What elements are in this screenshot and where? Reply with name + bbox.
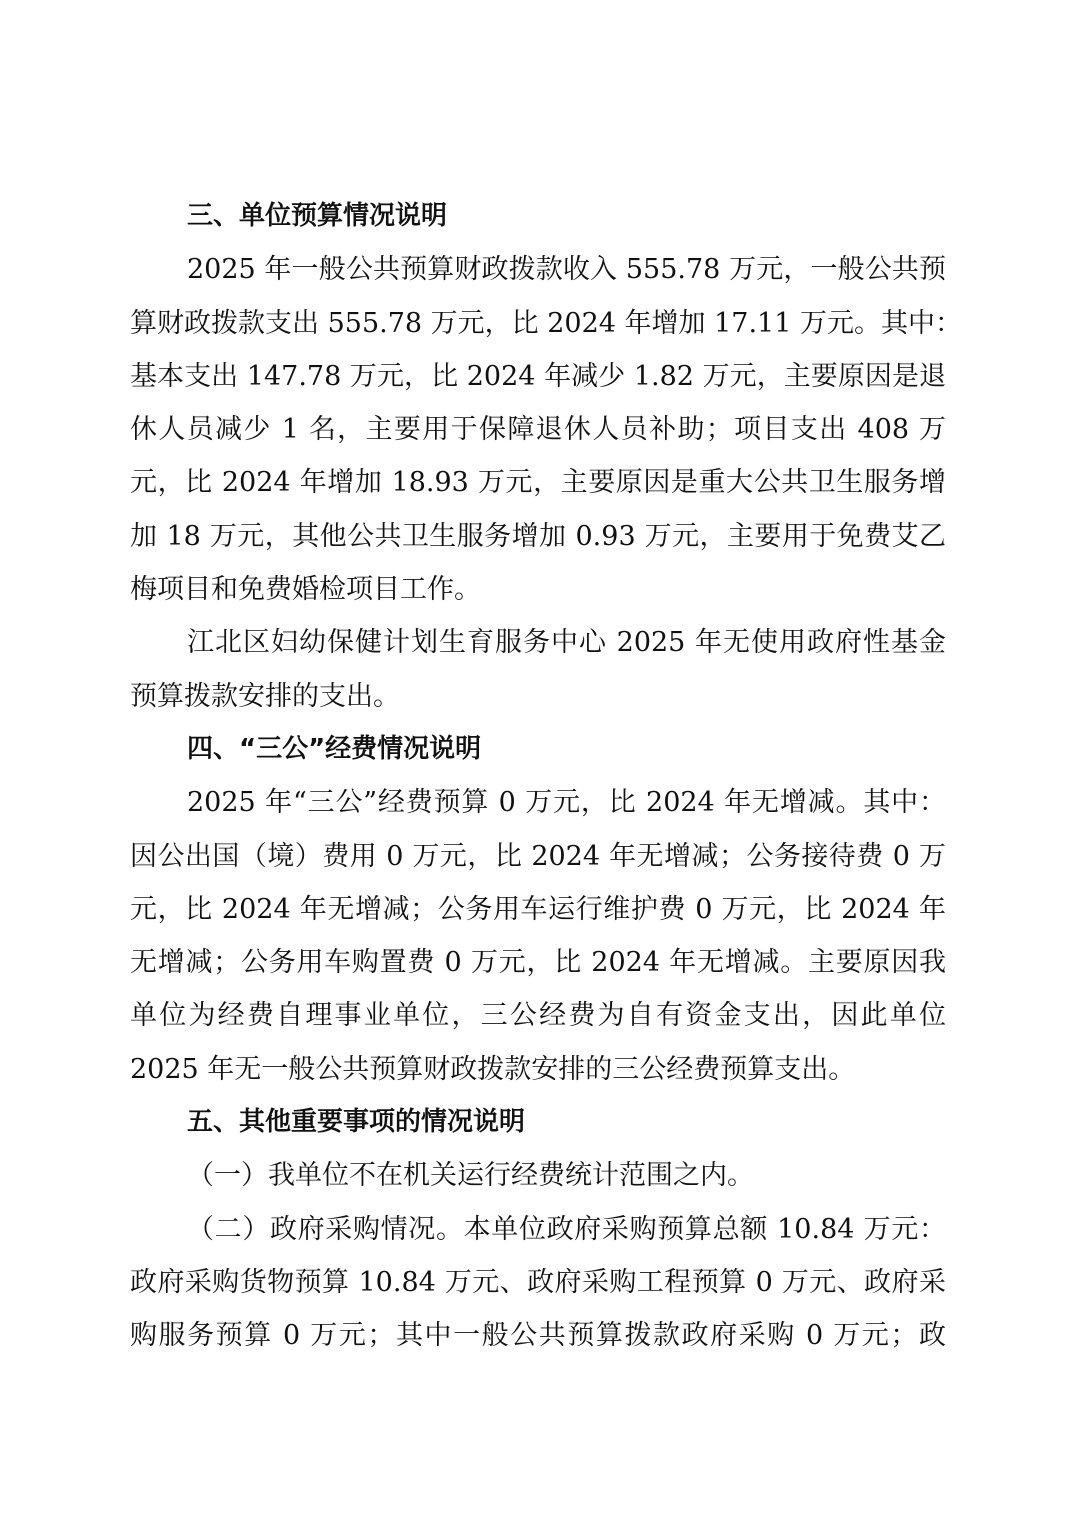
paragraph-gov-fund: 江北区妇幼保健计划生育服务中心 2025 年无使用政府性基金 预算拨款安排的支出… xyxy=(130,616,946,723)
section-heading-budget: 三、单位预算情况说明 xyxy=(130,190,946,243)
text-line: 江北区妇幼保健计划生育服务中心 2025 年无使用政府性基金 xyxy=(130,616,946,669)
text-line: 2025 年无一般公共预算财政拨款安排的三公经费预算支出。 xyxy=(130,1043,946,1096)
text-line: 政府采购货物预算 10.84 万元、政府采购工程预算 0 万元、政府采 xyxy=(130,1256,946,1309)
text-line: 因公出国（境）费用 0 万元，比 2024 年无增减；公务接待费 0 万 xyxy=(130,830,946,883)
text-line: 加 18 万元，其他公共卫生服务增加 0.93 万元，主要用于免费艾乙 xyxy=(130,510,946,563)
text-line: 元，比 2024 年增加 18.93 万元，主要原因是重大公共卫生服务增 xyxy=(130,456,946,509)
text-line: 算财政拨款支出 555.78 万元，比 2024 年增加 17.11 万元。其中… xyxy=(130,297,946,350)
text-line: 基本支出 147.78 万元，比 2024 年减少 1.82 万元，主要原因是退 xyxy=(130,350,946,403)
text-line: 2025 年一般公共预算财政拨款收入 555.78 万元，一般公共预 xyxy=(130,243,946,296)
text-line: （一）我单位不在机关运行经费统计范围之内。 xyxy=(130,1149,946,1202)
paragraph-gov-procurement: （二）政府采购情况。本单位政府采购预算总额 10.84 万元： 政府采购货物预算… xyxy=(130,1203,946,1363)
section-heading-other-matters: 五、其他重要事项的情况说明 xyxy=(130,1096,946,1149)
text-line: 2025 年“三公”经费预算 0 万元，比 2024 年无增减。其中： xyxy=(130,776,946,829)
text-line: 无增减；公务用车购置费 0 万元，比 2024 年无增减。主要原因我 xyxy=(130,936,946,989)
text-line: 单位为经费自理事业单位，三公经费为自有资金支出，因此单位 xyxy=(130,989,946,1042)
paragraph-budget-summary: 2025 年一般公共预算财政拨款收入 555.78 万元，一般公共预 算财政拨款… xyxy=(130,243,946,616)
section-heading-three-public: 四、“三公”经费情况说明 xyxy=(130,723,946,776)
text-line: 梅项目和免费婚检项目工作。 xyxy=(130,563,946,616)
text-line: 元，比 2024 年无增减；公务用车运行维护费 0 万元，比 2024 年 xyxy=(130,883,946,936)
text-line: 购服务预算 0 万元；其中一般公共预算拨款政府采购 0 万元；政 xyxy=(130,1309,946,1362)
document-page: 三、单位预算情况说明 2025 年一般公共预算财政拨款收入 555.78 万元，… xyxy=(130,190,946,1363)
text-line: 休人员减少 1 名，主要用于保障退休人员补助；项目支出 408 万 xyxy=(130,403,946,456)
text-line: （二）政府采购情况。本单位政府采购预算总额 10.84 万元： xyxy=(130,1203,946,1256)
text-line: 预算拨款安排的支出。 xyxy=(130,670,946,723)
paragraph-operating-expenses: （一）我单位不在机关运行经费统计范围之内。 xyxy=(130,1149,946,1202)
paragraph-three-public-expenses: 2025 年“三公”经费预算 0 万元，比 2024 年无增减。其中： 因公出国… xyxy=(130,776,946,1096)
